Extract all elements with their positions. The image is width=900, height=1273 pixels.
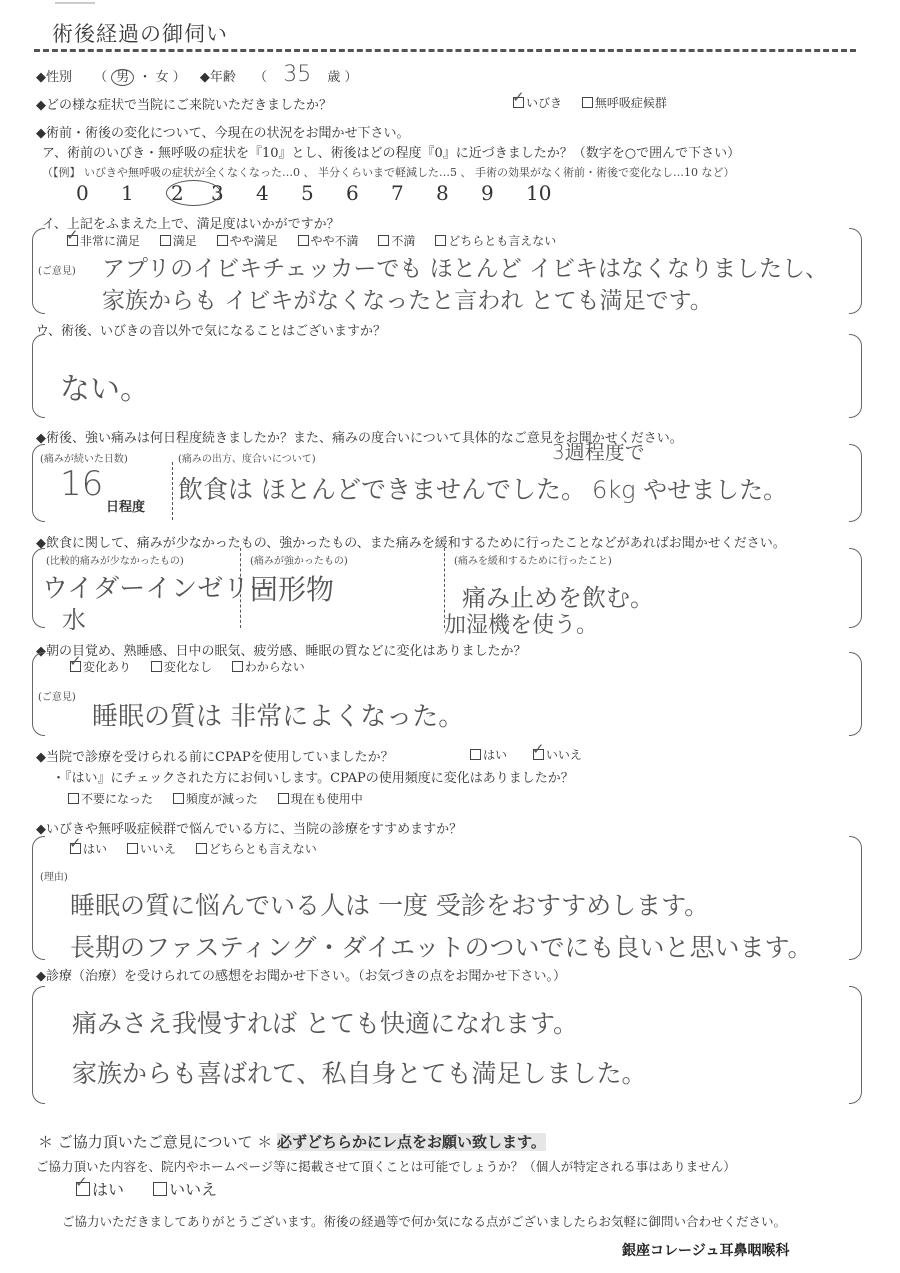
cpap-option-not-needed[interactable]: 不要になった	[68, 792, 153, 806]
recommend-question: ◆いびきや無呼吸症候群で悩んでいる方に、当院の診療をすすめますか？	[36, 818, 462, 837]
opinion-answer-line[interactable]: アプリのイビキチェッカーでも ほとんど イビキはなくなりましたし、	[102, 250, 828, 283]
scale-option[interactable]: 7	[391, 181, 436, 205]
reason-label: (理由)	[40, 868, 68, 883]
gender-option-male[interactable]: 男	[111, 69, 134, 86]
age-label: ◆年齢	[200, 70, 236, 85]
satisfaction-neutral[interactable]: どちらとも言えない	[435, 234, 556, 248]
cpap-followup: ・『はい』にチェックされた方にお伺いします。CPAPの使用頻度に変化はありました…	[52, 767, 574, 786]
sleep-box: 変化あり 変化なし わからない (ご意見) 睡眠の質は 非常によくなった。	[32, 652, 862, 736]
symptoms-options: いびき 無呼吸症候群	[513, 94, 683, 111]
satisfaction-very-satisfied[interactable]: 非常に満足	[67, 234, 140, 248]
clinic-name: 銀座コレージュ耳鼻咽喉科	[622, 1240, 789, 1260]
food-box: (比較的痛みが少なかったもの) ウイダーインゼリー 水 (痛みが強かったもの) …	[32, 548, 862, 628]
cpap-options: はい いいえ	[470, 746, 598, 763]
pain-degree-insert[interactable]: 3週程度で	[552, 436, 645, 465]
cpap-option-no[interactable]: いいえ	[533, 748, 582, 762]
satisfaction-options: 非常に満足 満足 やや満足 やや不満 不満 どちらとも言えない	[67, 232, 572, 249]
change-heading: ◆術前・術後の変化について、今現在の状況をお聞かせ下さい。	[36, 122, 409, 141]
column-divider	[172, 462, 173, 520]
recommend-options: はい いいえ どちらとも言えない	[70, 840, 333, 857]
reason-answer-line[interactable]: 長期のファスティング・ダイエットのついでにも良いと思います。	[70, 928, 813, 964]
improvement-scale: 012345678910	[76, 180, 571, 206]
satisfaction-dissatisfied[interactable]: 不満	[378, 234, 415, 248]
symptoms-question: ◆どの様な症状で当院にご来院いただきましたか？	[36, 94, 332, 113]
satisfaction-somewhat-dissatisfied[interactable]: やや不満	[298, 234, 359, 248]
food-col3-answer[interactable]: 加湿機を使う。	[444, 608, 598, 639]
sleep-option-unchanged[interactable]: 変化なし	[151, 660, 212, 674]
other-concerns-answer[interactable]: ない。	[60, 364, 150, 408]
scale-option[interactable]: 9	[481, 181, 526, 205]
satisfaction-somewhat-satisfied[interactable]: やや満足	[217, 234, 278, 248]
recommend-option-no[interactable]: いいえ	[127, 842, 176, 856]
pain-degree-answer[interactable]: 飲食は ほとんどできませんでした。6kg やせました。	[178, 470, 787, 506]
scale-option[interactable]: 3	[211, 181, 256, 205]
opinion-answer-line[interactable]: 家族からも イビキがなくなったと言われ とても満足です。	[102, 282, 713, 315]
scan-mark	[55, 2, 95, 4]
cpap-followup-options: 不要になった 頻度が減った 現在も使用中	[68, 790, 379, 807]
cpap-question: ◆当院で診療を受けられる前にCPAPを使用していましたか？	[36, 746, 394, 765]
sleep-option-unknown[interactable]: わからない	[232, 660, 305, 674]
sleep-option-changed[interactable]: 変化あり	[70, 660, 131, 674]
impression-box: 痛みさえ我慢すれば とても快適になれます。 家族からも喜ばれて、私自身とても満足…	[32, 986, 862, 1104]
impression-answer-line[interactable]: 痛みさえ我慢すれば とても快適になれます。	[72, 1004, 578, 1040]
pain-days-value[interactable]: 16	[60, 464, 103, 504]
symptom-option-snoring[interactable]: いびき	[513, 96, 562, 110]
change-question-a: ア、術前のいびき・無呼吸の症状を『10』とし、術後はどの程度『0』に近づきました…	[42, 142, 740, 161]
pain-box: (痛みが続いた日数) 16 日程度 (痛みの出方、度合いについて) 飲食は ほと…	[32, 444, 862, 522]
symptom-option-apnea[interactable]: 無呼吸症候群	[582, 96, 667, 110]
opinion-label: (ご意見)	[38, 262, 76, 277]
pain-degree-label: (痛みの出方、度合いについて)	[178, 450, 316, 465]
consent-emphasis: 必ずどちらかにレ点をお願い致します。	[277, 1133, 546, 1151]
scale-option-selected[interactable]: 2	[166, 180, 211, 206]
consent-heading: ＊ ご協力頂いたご意見について ＊ 必ずどちらかにレ点をお願い致します。	[38, 1131, 546, 1152]
opinion-label: (ご意見)	[38, 688, 76, 703]
food-col2-label: (痛みが強かったもの)	[250, 552, 348, 567]
consent-question: ご協力頂いた内容を、院内やホームページ等に掲載させて頂くことは可能でしょうか？（…	[36, 1157, 736, 1175]
satisfaction-box: 非常に満足 満足 やや満足 やや不満 不満 どちらとも言えない (ご意見) アプ…	[32, 228, 862, 314]
gender-option-female[interactable]: 女	[156, 70, 169, 85]
cpap-option-still-using[interactable]: 現在も使用中	[278, 792, 363, 806]
satisfaction-satisfied[interactable]: 満足	[160, 234, 197, 248]
checkbox-checked-icon[interactable]	[513, 97, 524, 108]
scale-option[interactable]: 4	[256, 181, 301, 205]
food-col2-answer[interactable]: 固形物	[250, 568, 334, 608]
sleep-opinion-answer[interactable]: 睡眠の質は 非常によくなった。	[92, 696, 464, 733]
scale-option[interactable]: 6	[346, 181, 391, 205]
gender-label: ◆性別	[36, 70, 72, 85]
age-unit: 歳	[327, 70, 340, 85]
food-col1-answer[interactable]: 水	[62, 600, 86, 635]
checkbox-icon[interactable]	[582, 97, 593, 108]
scale-option[interactable]: 0	[76, 181, 121, 205]
pain-days-label: (痛みが続いた日数)	[40, 450, 128, 465]
recommend-option-yes[interactable]: はい	[70, 842, 107, 856]
age-value[interactable]: 35	[283, 62, 311, 87]
consent-options: はい いいえ	[76, 1177, 233, 1200]
reason-answer-line[interactable]: 睡眠の質に悩んでいる人は 一度 受診をおすすめします。	[70, 886, 709, 922]
recommend-box: はい いいえ どちらとも言えない (理由) 睡眠の質に悩んでいる人は 一度 受診…	[32, 836, 862, 960]
patient-info-row: ◆性別 （ 男 ・ 女 ） ◆年齢 （ 35 歳 ）	[36, 62, 358, 87]
impression-answer-line[interactable]: 家族からも喜ばれて、私自身とても満足しました。	[72, 1054, 647, 1090]
cpap-option-reduced[interactable]: 頻度が減った	[173, 792, 258, 806]
other-concerns-box: ない。	[32, 334, 862, 418]
impression-question: ◆診療（治療）を受けられての感想をお聞かせ下さい。（お気づきの点をお聞かせ下さい…	[36, 965, 566, 984]
thanks-message: ご協力いただきましてありがとうございます。術後の経過等で何か気になる点がございま…	[62, 1212, 786, 1230]
consent-option-no[interactable]: いいえ	[153, 1180, 217, 1199]
scale-option[interactable]: 1	[121, 181, 166, 205]
title-divider	[34, 49, 856, 52]
recommend-option-neutral[interactable]: どちらとも言えない	[196, 842, 317, 856]
scale-option[interactable]: 10	[526, 181, 571, 205]
food-col3-label: (痛みを緩和するために行ったこと)	[454, 552, 612, 567]
change-example: （【例】 いびきや無呼吸の症状が全くなくなった…0 、 半分くらいまで軽減した……	[42, 164, 734, 180]
food-col1-label: (比較的痛みが少なかったもの)	[46, 552, 184, 567]
consent-option-yes[interactable]: はい	[76, 1180, 124, 1199]
sleep-options: 変化あり 変化なし わからない	[70, 658, 321, 675]
pain-days-unit: 日程度	[106, 496, 145, 515]
cpap-option-yes[interactable]: はい	[470, 748, 507, 762]
column-divider	[240, 548, 241, 628]
scale-option[interactable]: 5	[301, 181, 346, 205]
page-title: 術後経過の御伺い	[52, 18, 228, 48]
scale-option[interactable]: 8	[436, 181, 481, 205]
